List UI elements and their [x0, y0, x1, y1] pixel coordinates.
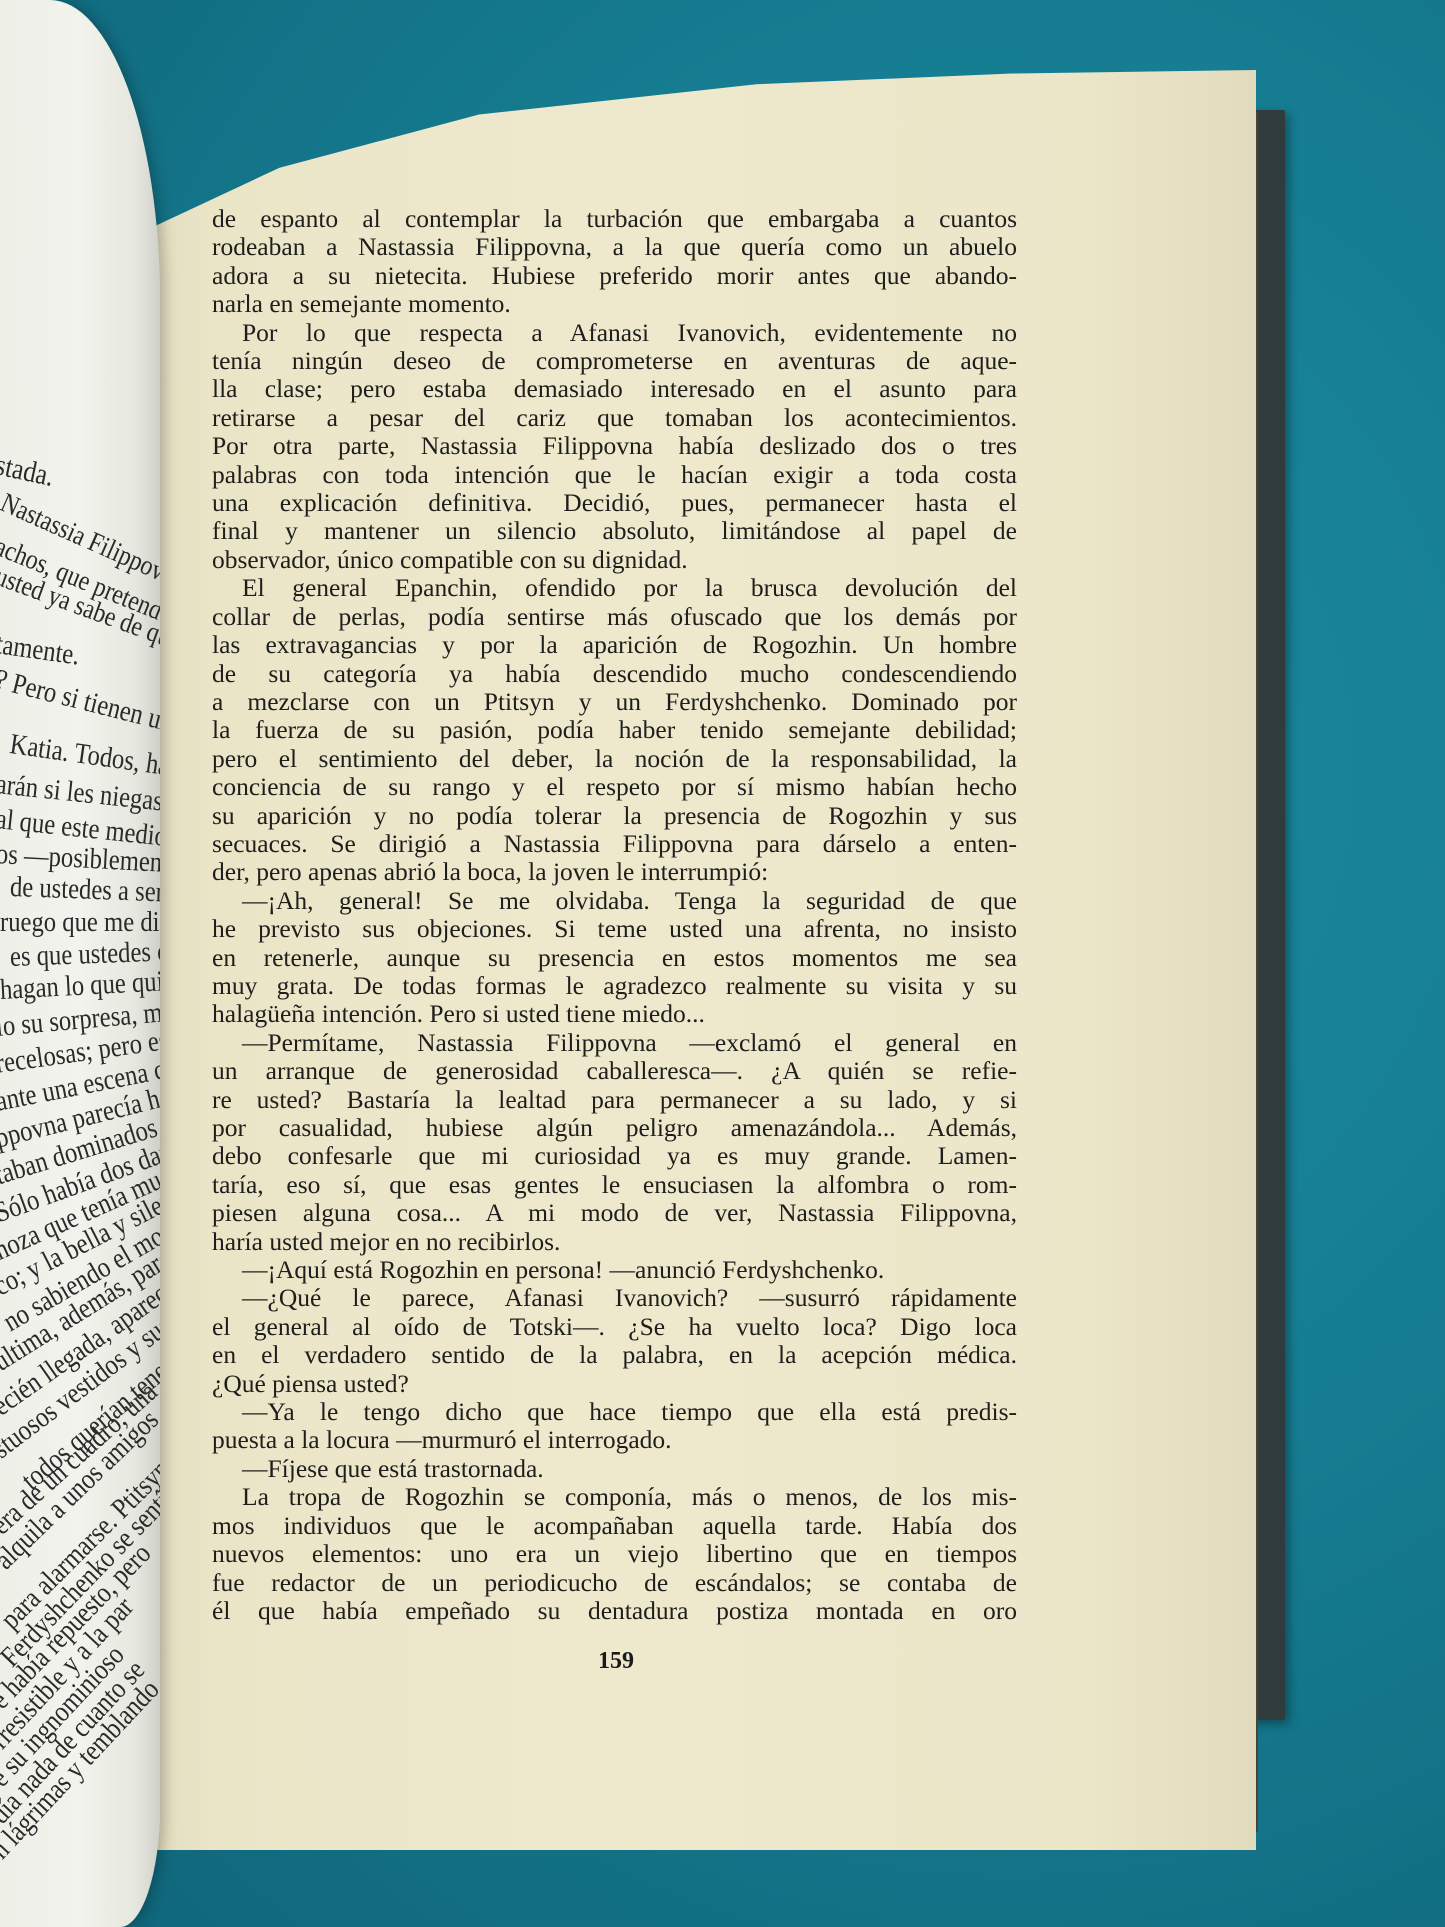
- text-line: secuaces. Se dirigió a Nastassia Filippo…: [212, 830, 1017, 858]
- text-line: —¿Qué le parece, Afanasi Ivanovich? —sus…: [212, 1284, 1017, 1312]
- text-line: he previsto sus objeciones. Si teme uste…: [212, 915, 1017, 943]
- text-line: nuevos elementos: uno era un viejo liber…: [212, 1540, 1017, 1568]
- text-line: tenía ningún deseo de comprometerse en a…: [212, 347, 1017, 375]
- text-line: El general Epanchin, ofendido por la bru…: [212, 574, 1017, 602]
- text-line: La tropa de Rogozhin se componía, más o …: [212, 1483, 1017, 1511]
- text-line: re usted? Bastaría la lealtad para perma…: [212, 1086, 1017, 1114]
- text-line: halagüeña intención. Pero si usted tiene…: [212, 1000, 1017, 1028]
- text-line: lla clase; pero estaba demasiado interes…: [212, 375, 1017, 403]
- text-line: haría usted mejor en no recibirlos.: [212, 1228, 1017, 1256]
- text-line: observador, único compatible con su dign…: [212, 546, 1017, 574]
- text-line: un arranque de generosidad caballeresca—…: [212, 1057, 1017, 1085]
- text-line: su aparición y no podía tolerar la prese…: [212, 802, 1017, 830]
- text-line: ¿Qué piensa usted?: [212, 1370, 1017, 1398]
- text-line: —¡Ah, general! Se me olvidaba. Tenga la …: [212, 887, 1017, 915]
- text-line: conciencia de su rango y el respeto por …: [212, 773, 1017, 801]
- text-line: fue redactor de un periodicucho de escán…: [212, 1569, 1017, 1597]
- text-line: final y mantener un silencio absoluto, l…: [212, 517, 1017, 545]
- text-line: —Fíjese que está trastornada.: [212, 1455, 1017, 1483]
- text-line: piesen alguna cosa... A mi modo de ver, …: [212, 1199, 1017, 1227]
- text-line: la fuerza de su pasión, podía haber teni…: [212, 716, 1017, 744]
- text-line: collar de perlas, podía sentirse más ofu…: [212, 603, 1017, 631]
- text-line: der, pero apenas abrió la boca, la joven…: [212, 858, 1017, 886]
- text-line: puesta a la locura —murmuró el interroga…: [212, 1426, 1017, 1454]
- text-line: en el verdadero sentido de la palabra, e…: [212, 1341, 1017, 1369]
- text-line: narla en semejante momento.: [212, 290, 1017, 318]
- text-line: pero el sentimiento del deber, la noción…: [212, 745, 1017, 773]
- text-line: —¡Aquí está Rogozhin en persona! —anunci…: [212, 1256, 1017, 1284]
- text-line: Por lo que respecta a Afanasi Ivanovich,…: [212, 319, 1017, 347]
- text-line: —Ya le tengo dicho que hace tiempo que e…: [212, 1398, 1017, 1426]
- text-line: adora a su nietecita. Hubiese preferido …: [212, 262, 1017, 290]
- text-line: él que había empeñado su dentadura posti…: [212, 1597, 1017, 1625]
- text-line: el general al oído de Totski—. ¿Se ha vu…: [212, 1313, 1017, 1341]
- text-line: las extravagancias y por la aparición de…: [212, 631, 1017, 659]
- right-page-text: de espanto al contemplar la turbación qu…: [212, 205, 1017, 1625]
- text-line: muy grata. De todas formas le agradezco …: [212, 972, 1017, 1000]
- text-line: retirarse a pesar del cariz que tomaban …: [212, 404, 1017, 432]
- text-line: —Permítame, Nastassia Filippovna —exclam…: [212, 1029, 1017, 1057]
- text-line: debo confesarle que mi curiosidad ya es …: [212, 1142, 1017, 1170]
- text-line: a mezclarse con un Ptitsyn y un Ferdyshc…: [212, 688, 1017, 716]
- text-line: palabras con toda intención que le hacía…: [212, 461, 1017, 489]
- text-line: en retenerle, aunque su presencia en est…: [212, 944, 1017, 972]
- left-text-fragment: tamente.: [0, 630, 81, 670]
- left-text-fragment: de ustedes a semi: [9, 873, 160, 908]
- text-line: mos individuos que le acompañaban aquell…: [212, 1512, 1017, 1540]
- page-number: 159: [596, 1648, 636, 1675]
- text-line: Por otra parte, Nastassia Filippovna hab…: [212, 432, 1017, 460]
- text-line: de su categoría ya había descendido much…: [212, 660, 1017, 688]
- text-line: una explicación definitiva. Decidió, pue…: [212, 489, 1017, 517]
- left-text-fragment: stada.: [0, 450, 57, 492]
- text-line: taría, eso sí, que esas gentes le ensuci…: [212, 1171, 1017, 1199]
- left-text-fragment: ruego que me disculpen: [0, 908, 160, 937]
- text-line: rodeaban a Nastassia Filippovna, a la qu…: [212, 233, 1017, 261]
- text-line: por casualidad, hubiese algún peligro am…: [212, 1114, 1017, 1142]
- left-page: stada.Nastassia Filippovnaachos, que pre…: [0, 0, 160, 1927]
- text-line: de espanto al contemplar la turbación qu…: [212, 205, 1017, 233]
